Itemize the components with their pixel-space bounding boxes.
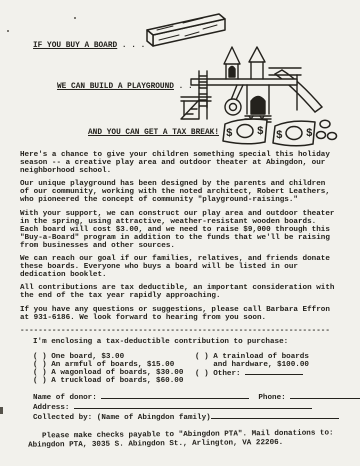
address-fill-line [74,403,312,409]
svg-text:$: $ [276,130,283,142]
options-left-column: ( ) One board, $3.00 ( ) An armful of bo… [33,353,195,385]
money-bills-coins-icon: $ $ $ $ [221,112,339,154]
svg-text:$: $ [306,128,313,140]
svg-text:$: $ [226,128,233,140]
collected-by-label: Collected by: (Name of Abingdon family) [33,414,211,422]
option-one-board: ( ) One board, $3.00 [33,353,195,361]
name-of-donor-label: Name of donor: [33,394,101,402]
option-wagonload: ( ) A wagonload of boards, $30.00 [33,369,195,377]
checks-payable-note: Please make checks payable to "Abingdon … [20,430,346,451]
option-trainload: ( ) A trainload of boards and hardware, … [195,353,309,369]
paragraph-goal: We can reach our goal if our families, r… [20,255,346,279]
phone-label: Phone: [249,394,290,402]
contribution-options: ( ) One board, $3.00 ( ) An armful of bo… [33,353,346,385]
other-fill-line [245,369,303,375]
tear-off-separator: ----------------------------------------… [20,327,346,335]
address-label: Address: [33,404,74,412]
scan-speck [74,17,76,19]
phone-fill-line [290,393,360,399]
paragraph-intro: Here's a chance to give your children so… [20,151,346,175]
paragraph-contact: If you have any questions or suggestions… [20,306,346,322]
scan-speck [7,30,9,32]
option-armful: ( ) An armful of boards, $15.00 [33,361,195,369]
option-other: ( ) Other: [195,369,309,378]
slogan-buy-a-board: IF YOU BUY A BOARD . . . [33,42,145,50]
svg-text:$: $ [257,126,264,138]
slogan-build-playground-text: WE CAN BUILD A PLAYGROUND [57,83,174,91]
slogan-tax-break-text: AND YOU CAN GET A TAX BREAK! [88,129,219,137]
name-fill-line [101,393,249,399]
paragraph-support: With your support, we can construct our … [20,210,346,250]
flyer-body: Here's a chance to give your children so… [20,151,346,449]
form-intro-line: I'm enclosing a tax-deductible contribut… [33,338,346,346]
scan-speck [0,407,3,414]
flyer-page: IF YOU BUY A BOARD . . . WE CAN BUILD A … [0,0,360,466]
slogan-buy-a-board-text: IF YOU BUY A BOARD [33,42,117,50]
collected-fill-line [211,413,339,419]
options-right-column: ( ) A trainload of boards and hardware, … [195,353,309,385]
option-other-label: ( ) Other: [195,370,245,378]
collected-by-row: Collected by: (Name of Abingdon family) [33,413,346,423]
option-truckload: ( ) A truckload of boards, $60.00 [33,377,195,385]
paragraph-tax: All contributions are tax deductible, an… [20,284,346,300]
address-row: Address: [33,403,346,413]
donor-name-row: Name of donor: Phone: [33,393,346,403]
paragraph-design: Our unique playground has been designed … [20,180,346,204]
slogan-tax-break: AND YOU CAN GET A TAX BREAK! [88,129,219,137]
